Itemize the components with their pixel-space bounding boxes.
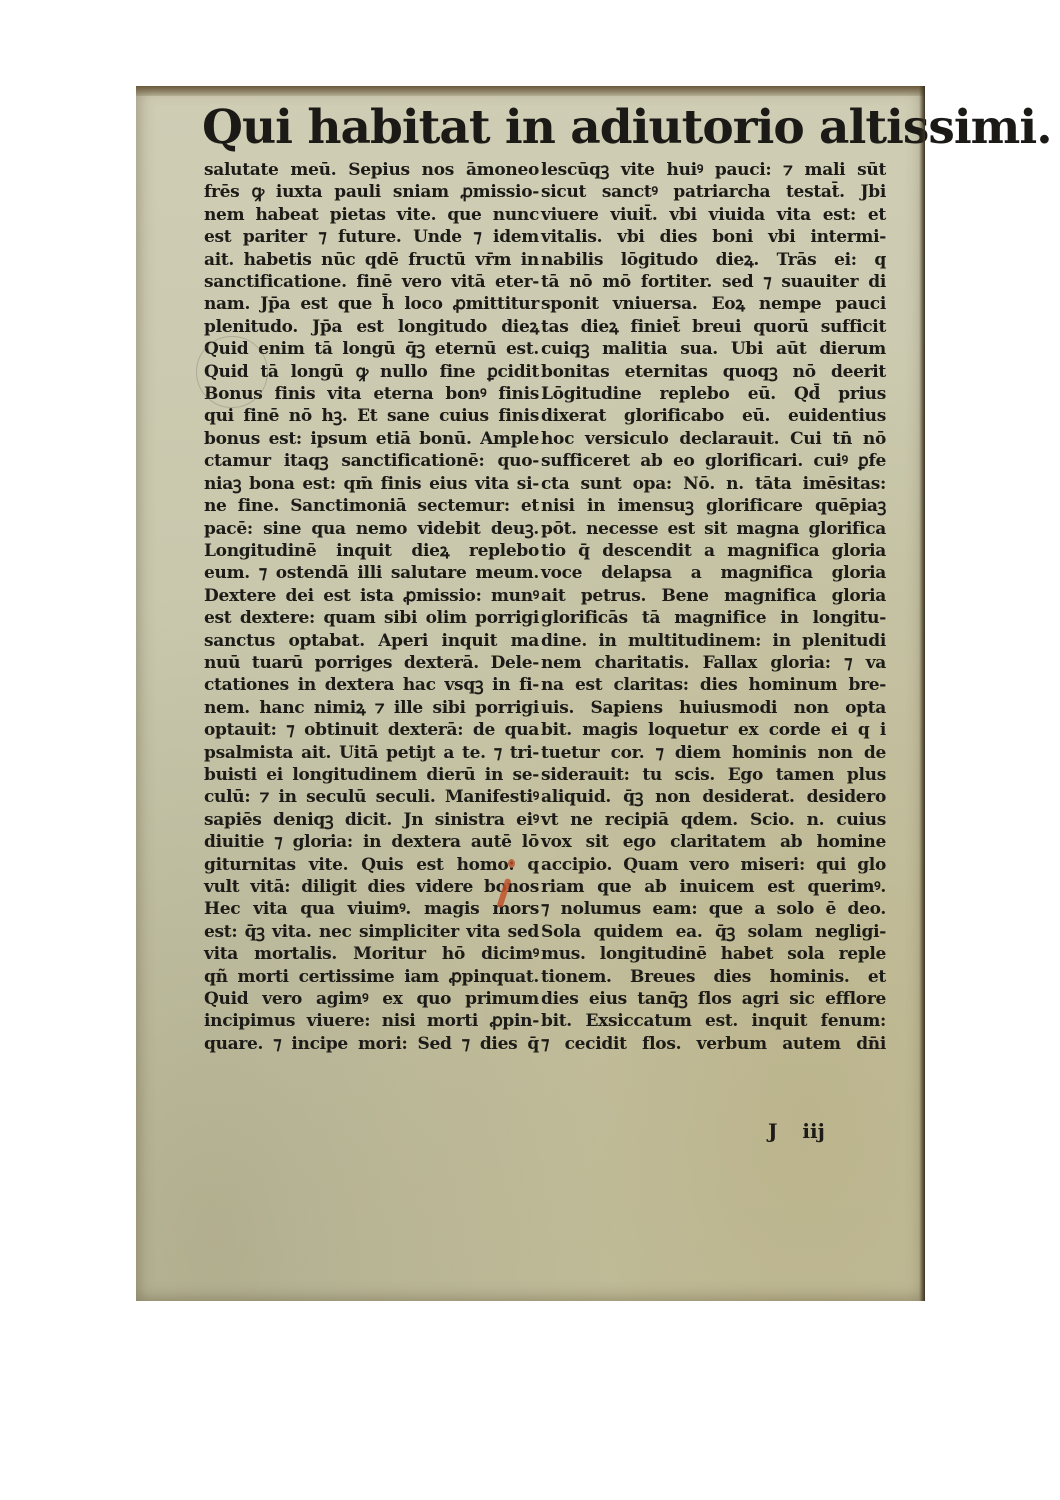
text-line: sponit vniuersa. Eoꝝ nempe pauci <box>541 293 886 315</box>
text-line: qui finē nō hꝫ. Et sane cuius finis <box>204 405 539 427</box>
text-line: sanctificatione. finē vero vitā eter- <box>204 271 539 293</box>
text-line: culū: ⁊ in seculū seculi. Manifestiꝰ <box>204 786 539 808</box>
text-line: psalmista ait. Uitā petiȷt a te. ⁊ tri- <box>204 742 539 764</box>
text-line: diuitie ⁊ gloria: in dextera autē lō <box>204 831 539 853</box>
text-line: frēs ꝙ iuxta pauli sniam ꝓmissio- <box>204 181 539 203</box>
text-line: dies eius tanq̄ꝫ flos agri sic efflore <box>541 988 886 1010</box>
text-line: aliquid. q̄ꝫ non desiderat. desidero <box>541 786 886 808</box>
text-line: sanctus optabat. Aperi inquit ma <box>204 630 539 652</box>
text-line: tio q̄ descendit a magnifica gloria <box>541 540 886 562</box>
text-line: Quid vero agimꝰ ex quo primum <box>204 988 539 1010</box>
text-line: Longitudinē inquit dieꝝ replebo <box>204 540 539 562</box>
text-line: tuetur cor. ⁊ diem hominis non de <box>541 742 886 764</box>
text-line: ait petrus. Bene magnifica gloria <box>541 585 886 607</box>
text-line: uis. Sapiens huiusmodi non opta <box>541 697 886 719</box>
text-line: Hec vita qua viuimꝰ. magis mors <box>204 898 539 920</box>
text-line: vt ne recipiā qdem. Scio. n. cuius <box>541 809 886 831</box>
text-line: sufficeret ab eo glorificari. cuiꝰ ꝑfe <box>541 450 886 472</box>
text-line: glorificās tā magnifice in longitu- <box>541 607 886 629</box>
text-line: bit. magis loquetur ex corde ei q i <box>541 719 886 741</box>
text-line: tionem. Breues dies hominis. et <box>541 966 886 988</box>
text-line: bonitas eternitas quoqꝫ nō deerit <box>541 361 886 383</box>
rubrication-mark-dot <box>508 859 515 868</box>
text-line: riam que ab inuicem est querimꝰ. <box>541 876 886 898</box>
text-line: plenitudo. Jp̄a est longitudo dieꝝ <box>204 316 539 338</box>
text-line: Dextere dei est ista ꝓmissio: munꝰ <box>204 585 539 607</box>
right-text-column: lescūqꝫ vite huiꝰ pauci: ⁊ mali sūtsicut… <box>541 159 886 1055</box>
text-line: pōt. necesse est sit magna glorifica <box>541 518 886 540</box>
text-line: salutate meū. Sepius nos āmoneo <box>204 159 539 181</box>
text-line: vox sit ego claritatem ab homine <box>541 831 886 853</box>
text-line: pacē: sine qua nemo videbit deuꝫ. <box>204 518 539 540</box>
text-line: nisi in imensuꝫ glorificare quēpiaꝫ <box>541 495 886 517</box>
text-line: Bonus finis vita eterna bonꝰ finis <box>204 383 539 405</box>
left-text-column: salutate meū. Sepius nos āmoneofrēs ꝙ iu… <box>204 159 539 1055</box>
text-line: Quid enim tā longū q̄ꝫ eternū est. <box>204 338 539 360</box>
text-line: nam. Jp̄a est que h̄ loco ꝓmittitur <box>204 293 539 315</box>
text-line: ait. habetis nūc qdē fructū vr̄m in <box>204 249 539 271</box>
text-line: buisti ei longitudinem dierū in se- <box>204 764 539 786</box>
text-line: accipio. Quam vero miseri: qui glo <box>541 854 886 876</box>
running-head: Qui habitat in adiutorio altissimi. <box>202 98 882 158</box>
text-line: lescūqꝫ vite huiꝰ pauci: ⁊ mali sūt <box>541 159 886 181</box>
text-line: Sola quidem ea. q̄ꝫ solam negligi- <box>541 921 886 943</box>
text-line: niaꝫ bona est: qm̄ finis eius vita si- <box>204 473 539 495</box>
text-line: nem habeat pietas vite. que nunc <box>204 204 539 226</box>
text-line: nuū tuarū porriges dexterā. Dele- <box>204 652 539 674</box>
text-line: nabilis lōgitudo dieꝝ. Trās ei: q <box>541 249 886 271</box>
text-line: Lōgitudine replebo eū. Qd̄ prius <box>541 383 886 405</box>
text-line: na est claritas: dies hominum bre- <box>541 674 886 696</box>
text-line: nem. hanc nimiꝝ ⁊ ille sibi porrigi <box>204 697 539 719</box>
text-line: sapiēs deniqꝫ dicit. Jn sinistra eiꝰ <box>204 809 539 831</box>
text-line: vitalis. vbi dies boni vbi intermi- <box>541 226 886 248</box>
text-line: cuiqꝫ malitia sua. Ubi aūt dierum <box>541 338 886 360</box>
text-line: sicut sanctꝰ patriarcha testat̄. Jbi <box>541 181 886 203</box>
text-line: ne fine. Sanctimoniā sectemur: et <box>204 495 539 517</box>
text-line: Quid tā longū ꝙ nullo fine ꝑcidit <box>204 361 539 383</box>
text-line: optauit: ⁊ obtinuit dexterā: de qua <box>204 719 539 741</box>
text-line: dine. in multitudinem: in plenitudi <box>541 630 886 652</box>
scanned-page: Qui habitat in adiutorio altissimi. salu… <box>136 86 925 1301</box>
text-line: hoc versiculo declarauit. Cui tn̄ nō <box>541 428 886 450</box>
text-line: ctationes in dextera hac vsqꝫ in fi- <box>204 674 539 696</box>
text-line: tā nō mō fortiter. sed ⁊ suauiter di <box>541 271 886 293</box>
text-line: incipimus viuere: nisi morti ꝓpin- <box>204 1010 539 1032</box>
text-line: cta sunt opa: Nō. n. tāta imēsitas: <box>541 473 886 495</box>
text-line: viuere viuit̄. vbi viuida vita est: et <box>541 204 886 226</box>
text-line: giturnitas vite. Quis est homo: q <box>204 854 539 876</box>
text-line: ctamur itaqꝫ sanctificationē: quo- <box>204 450 539 472</box>
text-line: siderauit: tu scis. Ego tamen plus <box>541 764 886 786</box>
text-line: bit. Exsiccatum est. inquit fenum: <box>541 1010 886 1032</box>
text-line: est dextere: quam sibi olim porrigi <box>204 607 539 629</box>
text-line: tas dieꝝ finiet̄ breui quorū sufficit <box>541 316 886 338</box>
text-line: voce delapsa a magnifica gloria <box>541 562 886 584</box>
text-line: est: q̄ꝫ vita. nec simpliciter vita sed <box>204 921 539 943</box>
text-line: eum. ⁊ ostendā illi salutare meum. <box>204 562 539 584</box>
signature-mark: J iij <box>768 1119 825 1143</box>
text-line: ⁊ cecidit flos. verbum autem dn̄i <box>541 1033 886 1055</box>
text-line: nem charitatis. Fallax gloria: ⁊ va <box>541 652 886 674</box>
text-line: est pariter ⁊ future. Unde ⁊ idem <box>204 226 539 248</box>
text-line: vita mortalis. Moritur hō dicimꝰ <box>204 943 539 965</box>
text-line: dixerat glorificabo eū. euidentius <box>541 405 886 427</box>
text-line: mus. longitudinē habet sola reple <box>541 943 886 965</box>
text-line: bonus est: ipsum etiā bonū. Ample <box>204 428 539 450</box>
text-line: ⁊ nolumus eam: que a solo ē deo. <box>541 898 886 920</box>
text-line: vult vitā: diligit dies videre bonos <box>204 876 539 898</box>
text-line: qñ morti certissime iam ꝓpinquat. <box>204 966 539 988</box>
text-line: quare. ⁊ incipe mori: Sed ⁊ dies q̄ <box>204 1033 539 1055</box>
